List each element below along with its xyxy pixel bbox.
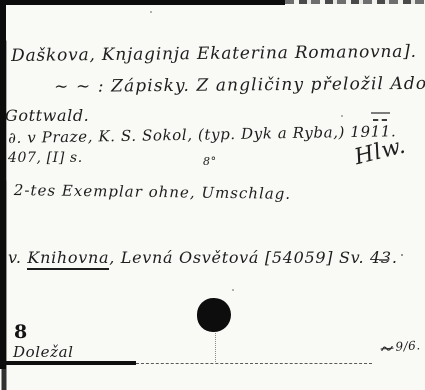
paper-speck: [341, 115, 343, 117]
scan-top-edge: [0, 0, 285, 5]
copy-note-line: 2-tes Exemplar ohne, Umschlag.: [14, 181, 292, 203]
scribble-mark-icon: [380, 343, 394, 354]
imprint-line: ∂. v Praze, K. S. Sokol, (typ. Dyk a Ryb…: [8, 122, 396, 147]
collation-line: 407, [I] s.: [8, 150, 83, 166]
series-name-underlined: Knihovna: [27, 248, 109, 270]
card-bottom-rule-thin: [136, 363, 372, 364]
title-line: ~ ~ : Zápisky. Z angličiny přeložil Adol…: [54, 74, 425, 97]
series-prefix: v.: [8, 248, 27, 267]
date-text: 9/6. 36.: [395, 336, 425, 353]
author-heading-line: Daškova, Knjaginja Ekaterina Romanovna].: [11, 42, 417, 66]
cataloger-signature: Doležal: [13, 343, 74, 361]
scan-top-edge-rough: [285, 0, 425, 4]
punch-hole-tail: [215, 333, 216, 362]
paper-speck: [150, 11, 152, 13]
date-annotation: 9/6. 36.: [380, 336, 425, 355]
punch-hole: [197, 298, 231, 332]
paper-speck: [232, 289, 234, 291]
scan-left-edge: [0, 0, 6, 369]
stray-dot-mark: [401, 254, 403, 256]
size-class-number: 8: [14, 321, 27, 343]
stray-dash-mark: [379, 259, 389, 261]
series-reference-line: v. Knihovna, Levná Osvětová [54059] Sv. …: [8, 248, 398, 267]
catalog-card-scan: Daškova, Knjaginja Ekaterina Romanovna].…: [0, 0, 425, 390]
card-bottom-rule-thick: [0, 361, 136, 365]
format-mark: 8°: [203, 155, 217, 168]
series-rest: , Levná Osvětová [54059] Sv. 43.: [109, 248, 397, 267]
erasure-mark-lower: [373, 119, 387, 121]
erasure-mark-upper: [371, 112, 390, 114]
translator-line: Gottwald.: [5, 106, 89, 125]
